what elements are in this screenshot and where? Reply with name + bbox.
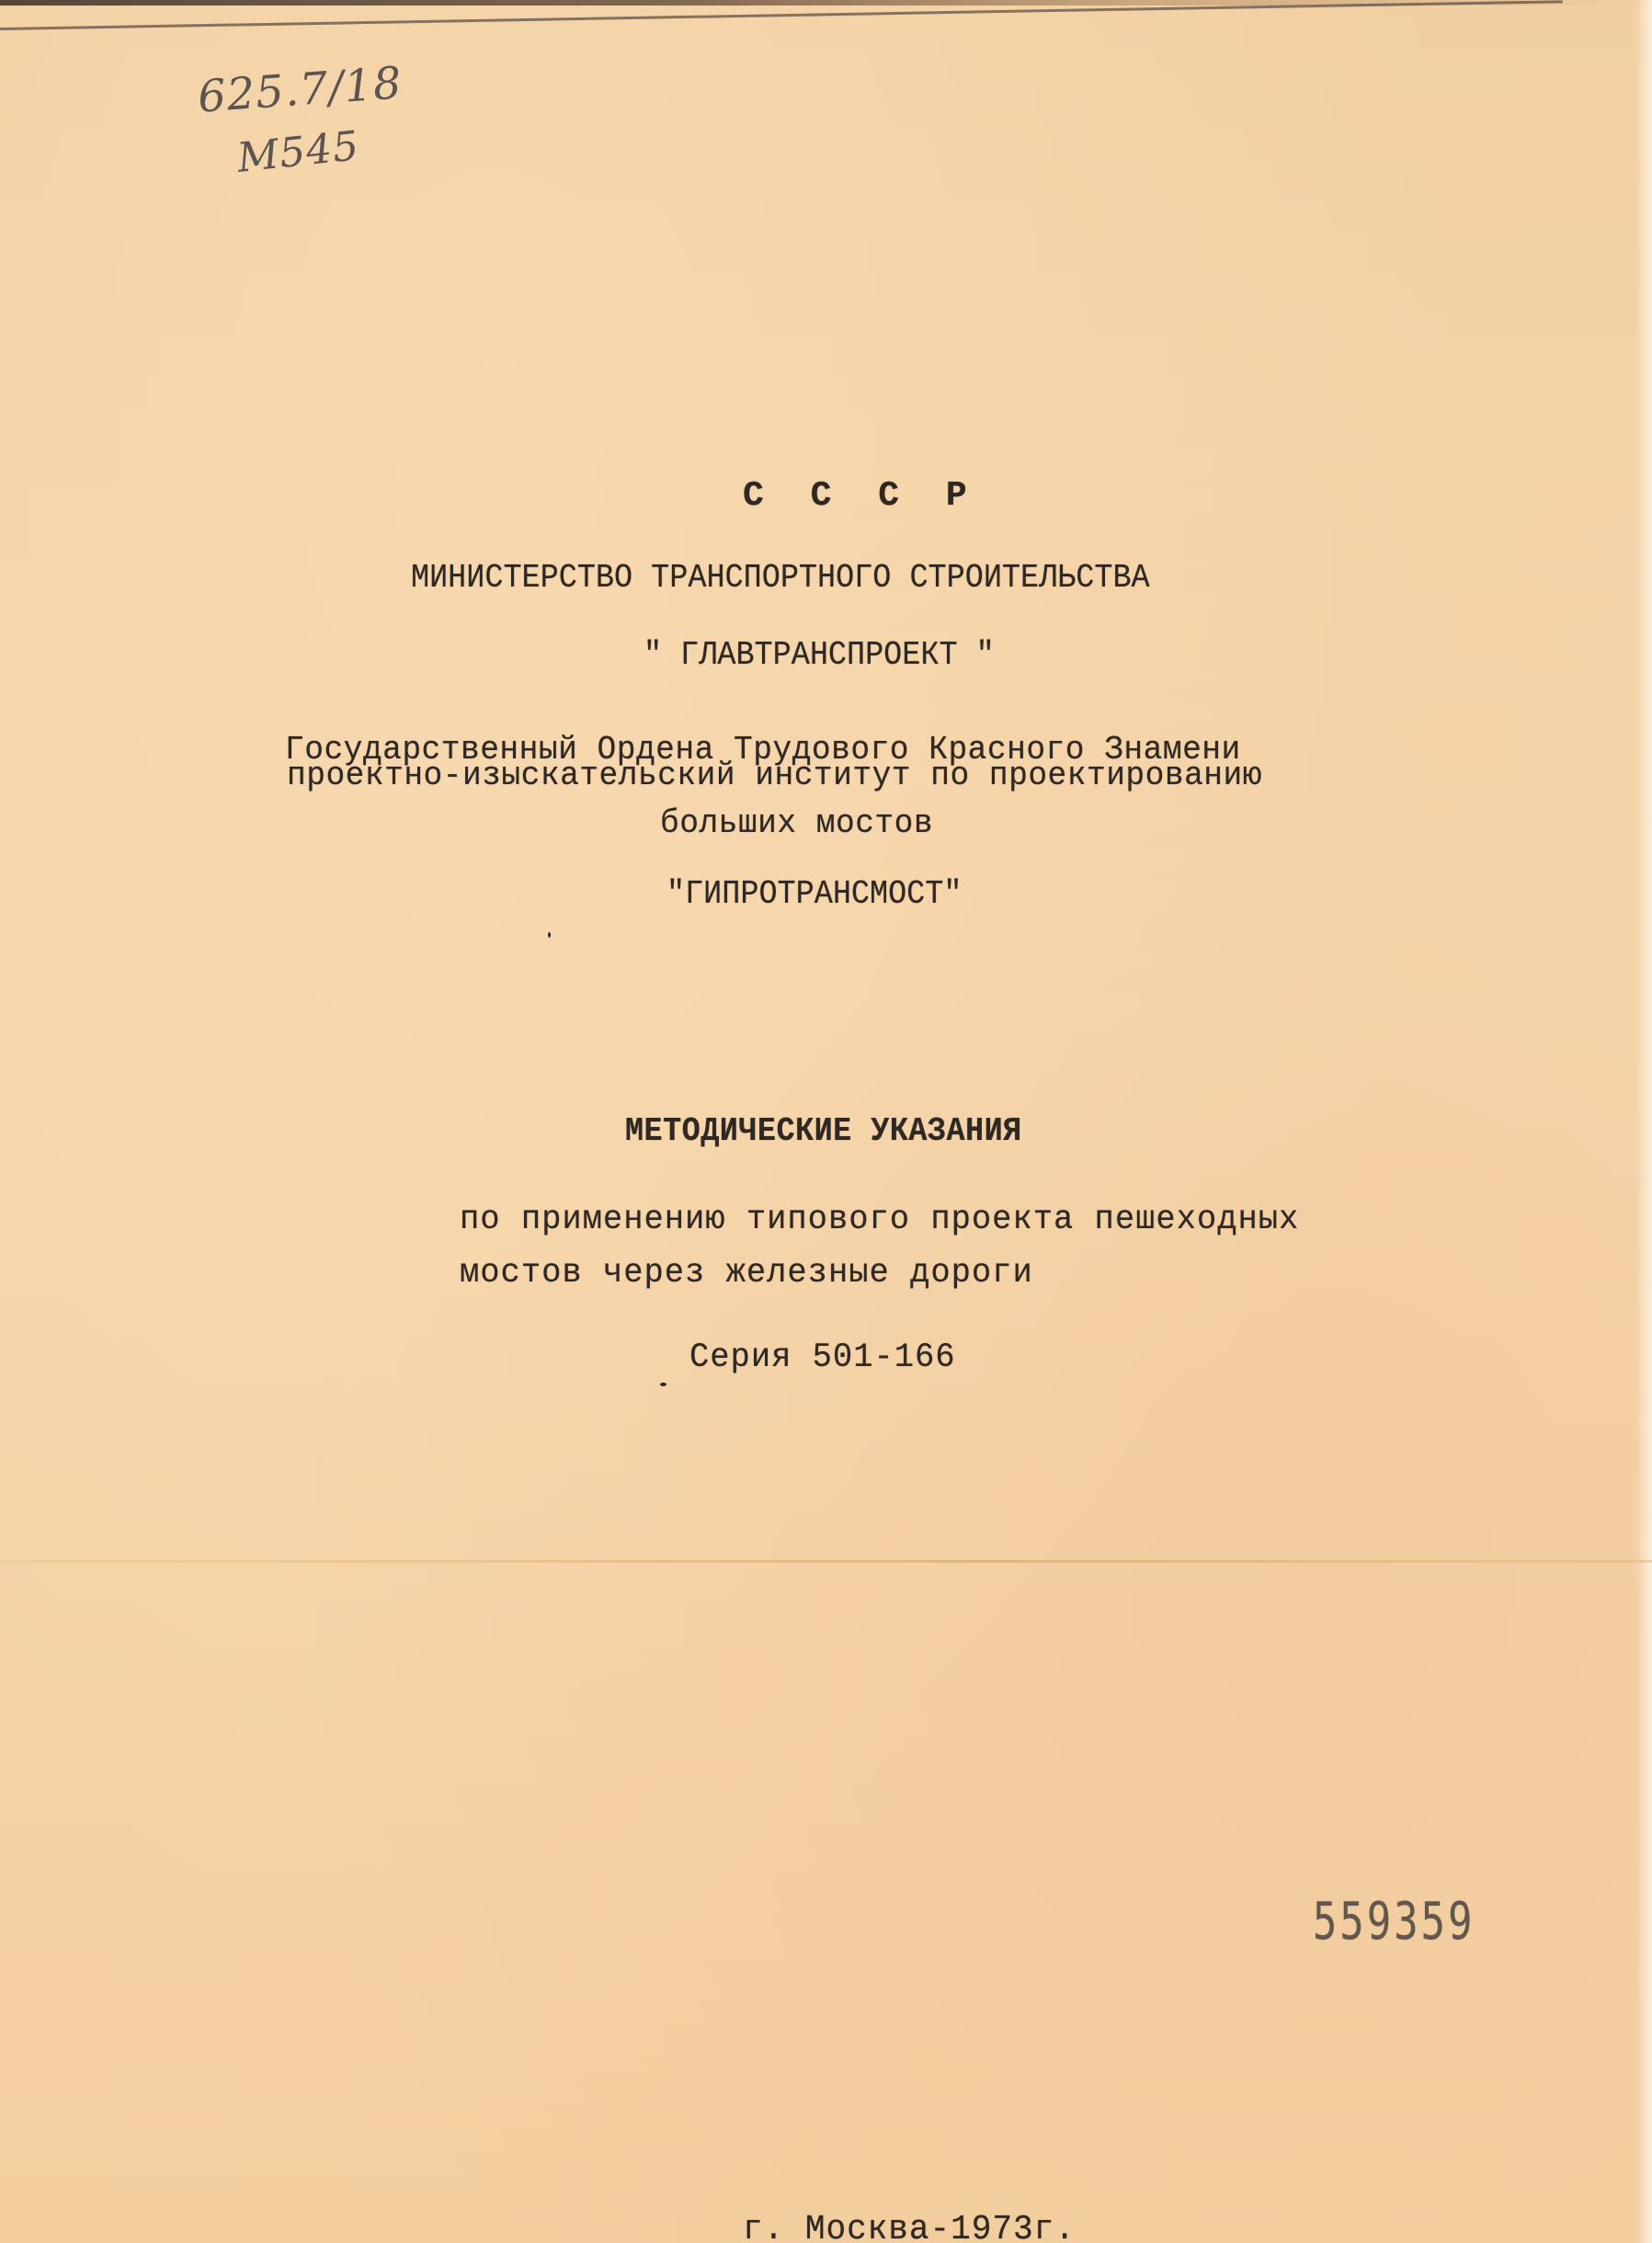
ministry-heading: МИНИСТЕРСТВО ТРАНСПОРТНОГО СТРОИТЕЛЬСТВА — [411, 559, 1150, 597]
series-number: Серия 501-166 — [689, 1338, 956, 1377]
ink-speck — [548, 932, 551, 938]
institute-line-2: проектно-изыскательский институт по прое… — [287, 759, 1262, 792]
place-and-year: г. Москва-1973г. — [743, 2210, 1076, 2243]
handwritten-cipher: M545 — [235, 122, 362, 182]
paper-fold-line — [0, 1560, 1652, 1563]
ink-speck — [660, 1383, 666, 1386]
institute-name: "ГИПРОТРАНСМОСТ" — [666, 875, 962, 913]
handwritten-classification-code: 625.7/18 — [196, 57, 404, 122]
page-right-edge — [1635, 0, 1652, 2243]
document-title: МЕТОДИЧЕСКИЕ УКАЗАНИЯ — [625, 1112, 1022, 1150]
inventory-number-stamp: 559359 — [1313, 1892, 1475, 1952]
institute-line-3: больших мостов — [660, 807, 933, 840]
country-heading: С С С Р — [743, 476, 980, 516]
document-description-line-2: мостов через железные дороги — [460, 1254, 1033, 1292]
document-description-line-1: по применению типового проекта пешеходны… — [460, 1201, 1299, 1239]
directorate-heading: " ГЛАВТРАНСПРОЕКТ " — [644, 636, 995, 674]
